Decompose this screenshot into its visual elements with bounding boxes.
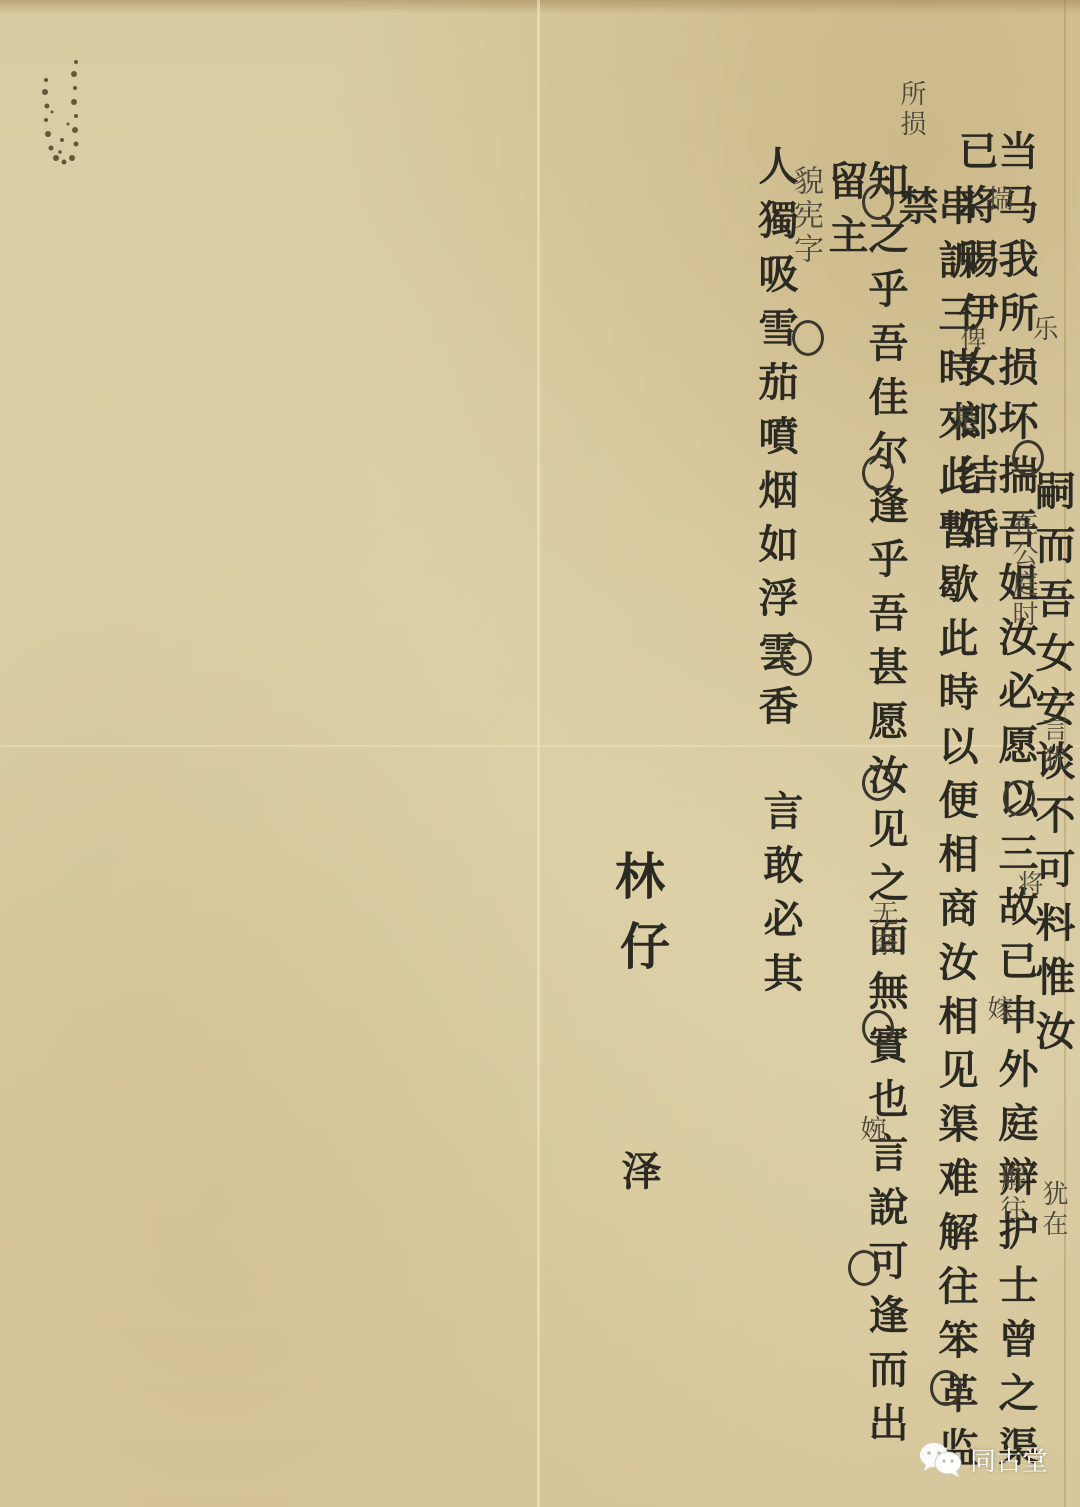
annotation: 言犹: [1040, 715, 1066, 775]
annotation: 无奈: [870, 900, 896, 960]
text-column-4: 知之乎吾佳尔逢乎吾甚愿汝见之面無實也言說可逢而出留主: [825, 160, 905, 1507]
annotation: 犹在: [1040, 1180, 1066, 1240]
circle-mark: [862, 765, 894, 801]
annotation: 婉: [858, 1115, 884, 1145]
annotation: 貌宪字: [790, 165, 820, 267]
circle-mark: [780, 640, 812, 676]
wechat-icon: [918, 1440, 964, 1478]
circle-mark: [862, 455, 894, 491]
watermark: 同古堂: [918, 1440, 1048, 1478]
circle-mark: [848, 1250, 880, 1286]
signature-name: 仔: [605, 920, 677, 970]
annotation: 乐: [1030, 315, 1056, 345]
seal-stamp-icon: [32, 40, 90, 180]
annotation: 揣: [985, 185, 1011, 215]
circle-mark: [792, 320, 824, 356]
document-page: 嗣而吾女安谈不可料惟汝 当马我所损坏揣吾姐汝必愿以三故已申外庭辩护士曾之渠已将赐…: [0, 0, 1080, 1507]
annotation: 在公庭时: [1010, 510, 1036, 630]
circle-mark: [1012, 440, 1044, 476]
annotation: 解往: [998, 1165, 1024, 1225]
annotation: 言敢必其: [760, 790, 800, 1006]
center-fold-line: [537, 0, 540, 1507]
circle-mark: [930, 1370, 962, 1406]
annotation: 是: [950, 405, 976, 435]
paper-top-edge: [0, 0, 1080, 14]
signature-given: 林: [600, 850, 672, 900]
annotation: 将: [1015, 870, 1041, 900]
watermark-label: 同古堂: [970, 1441, 1048, 1478]
annotation: 俾: [958, 325, 984, 355]
circle-mark: [862, 1010, 894, 1046]
signature-suffix: 泽: [610, 1150, 667, 1190]
annotation: 所损: [898, 80, 924, 140]
circle-mark: [862, 184, 894, 220]
circle-mark: [1003, 780, 1035, 816]
annotation: 嫁: [985, 995, 1011, 1025]
